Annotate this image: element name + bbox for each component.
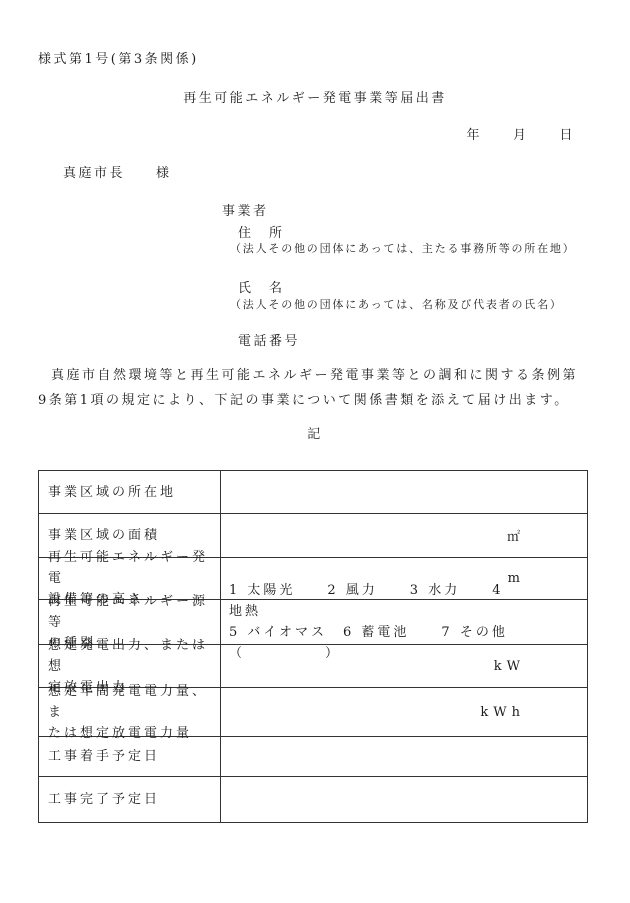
- name-label: 氏 名: [238, 277, 285, 296]
- document-page: { "page": { "form_number": "様式第1号(第3条関係)…: [0, 0, 630, 903]
- form-number: 様式第1号(第3条関係): [38, 48, 199, 67]
- row-value-cell: 1 太陽光 2 風力 3 水力 4 地熱 5 バイオマス 6 蓄電池 7 その他…: [221, 600, 587, 644]
- body-paragraph: 真庭市自然環境等と再生可能エネルギー発電事業等との調和に関する条例第 9条第1項…: [38, 364, 594, 413]
- record-mark: 記: [0, 423, 630, 442]
- row-value-cell: [221, 471, 587, 513]
- row-label: 工事完了予定日: [39, 777, 221, 822]
- name-note: （法人その他の団体にあっては、名称及び代表者の氏名）: [230, 296, 563, 312]
- row-unit-kw: kW: [494, 659, 587, 674]
- row-unit-square-meters: ㎡: [507, 526, 587, 545]
- row-value-cell: kW: [221, 645, 587, 687]
- phone-label: 電話番号: [238, 330, 300, 349]
- row-value-cell: [221, 737, 587, 776]
- date-line: 年 月 日: [0, 124, 630, 143]
- row-label: 工事着手予定日: [39, 737, 221, 776]
- body-paragraph-line-2: 9条第1項の規定により、下記の事業について関係書類を添えて届け出ます。: [38, 389, 594, 414]
- table-row-construction-start: 工事着手予定日: [39, 737, 587, 777]
- applicant-heading: 事業者: [222, 200, 269, 219]
- addressee: 真庭市長 様: [63, 162, 172, 181]
- row-value-cell: ㎡: [221, 514, 587, 557]
- address-note: （法人その他の団体にあっては、主たる事務所等の所在地）: [230, 240, 576, 256]
- row-label: 事業区域の所在地: [39, 471, 221, 513]
- table-row-annual-energy: 想定年間発電電力量、ま たは想定放電電力量 kWh: [39, 688, 587, 737]
- form-title: 再生可能エネルギー発電事業等届出書: [0, 87, 630, 106]
- row-label: 想定年間発電電力量、ま たは想定放電電力量: [39, 688, 221, 736]
- address-label: 住 所: [238, 222, 285, 241]
- row-unit-kwh: kWh: [480, 705, 587, 720]
- form-table: 事業区域の所在地 事業区域の面積 ㎡ 再生可能エネルギー発電 設備等の高さ m …: [38, 470, 588, 823]
- body-paragraph-line-1: 真庭市自然環境等と再生可能エネルギー発電事業等との調和に関する条例第: [38, 364, 594, 389]
- table-row-location: 事業区域の所在地: [39, 471, 587, 514]
- row-value-cell: [221, 777, 587, 822]
- row-value-cell: kWh: [221, 688, 587, 736]
- table-row-construction-end: 工事完了予定日: [39, 777, 587, 822]
